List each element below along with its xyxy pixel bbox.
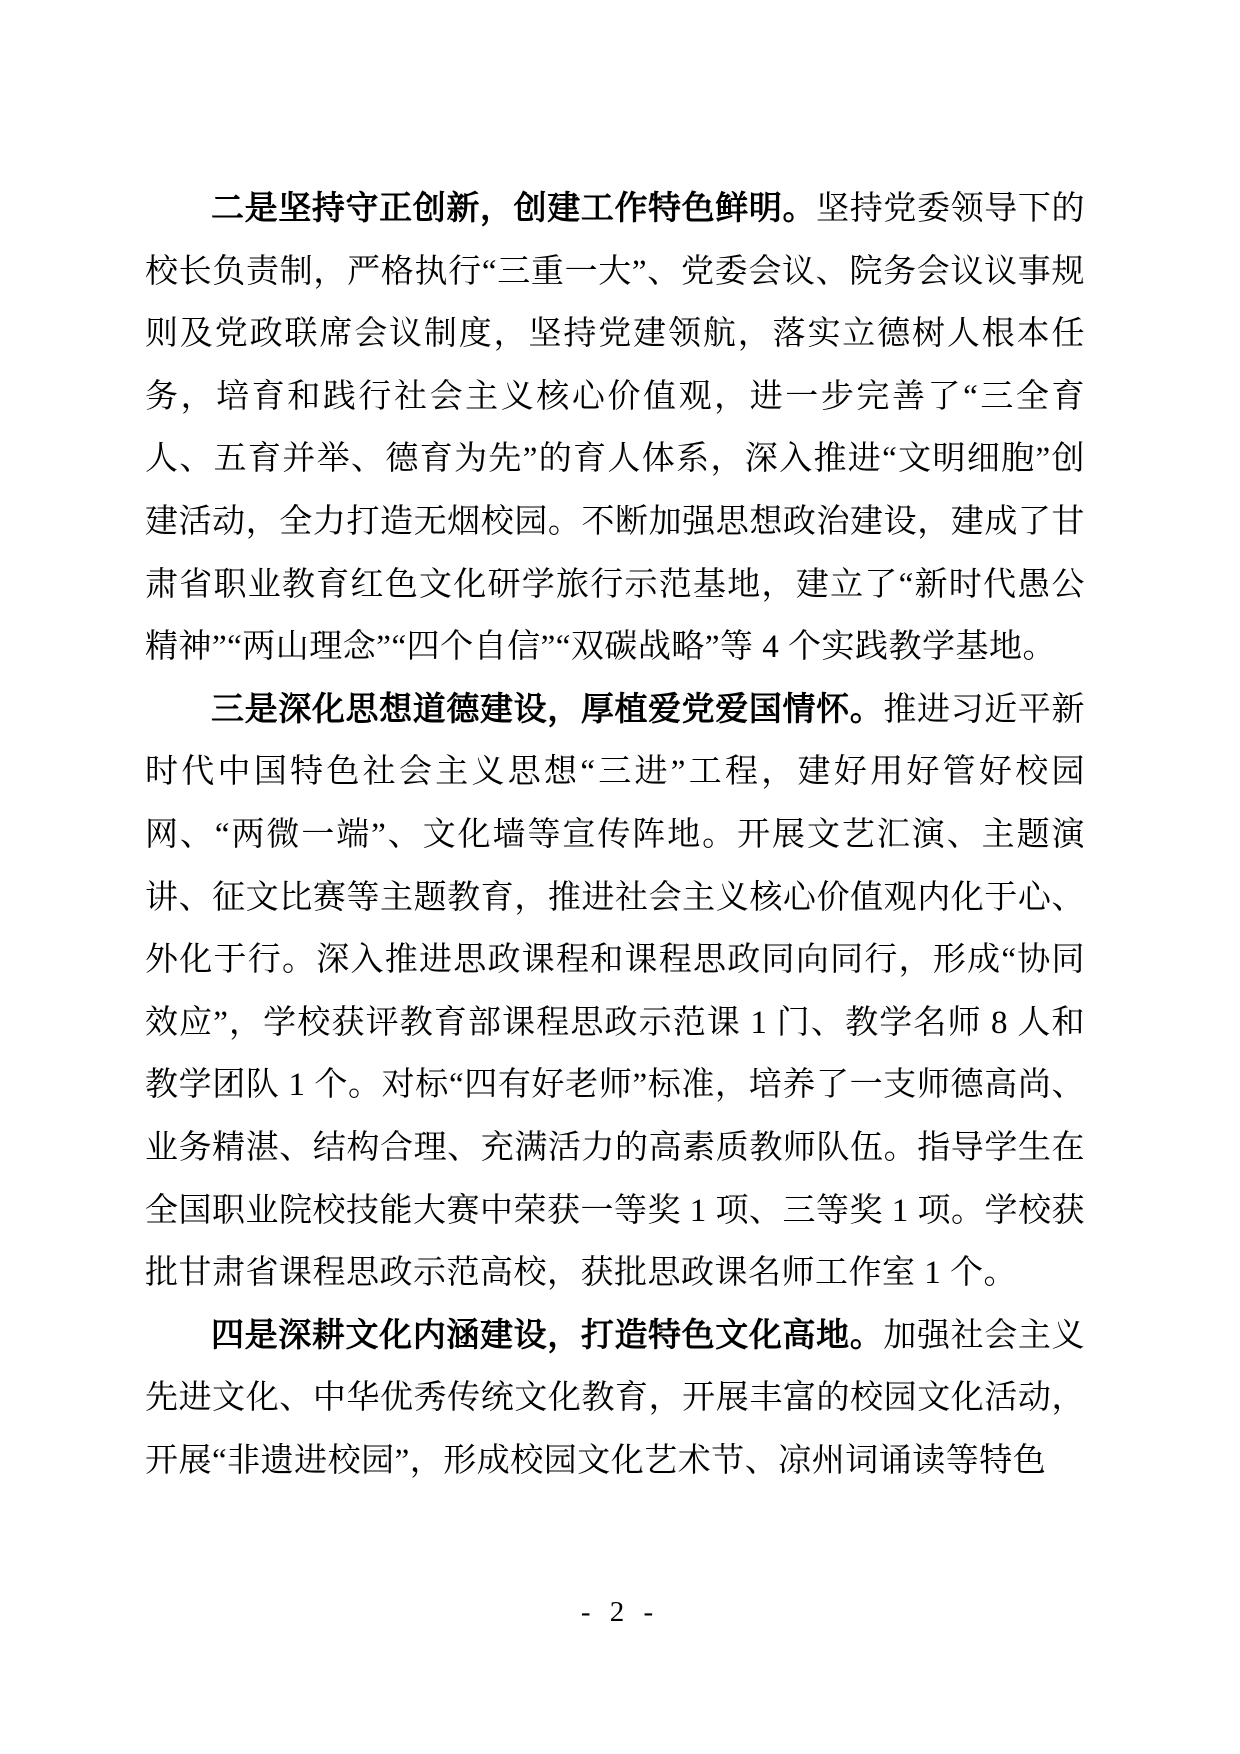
paragraph: 三是深化思想道德建设，厚植爱党爱国情怀。推进习近平新时代中国特色社会主义思想“三… [145, 679, 1085, 1305]
page-number: - 2 - [0, 1596, 1240, 1629]
paragraph-text: 坚持党委领导下的校长负责制，严格执行“三重一大”、党委会议、院务会议议事规则及党… [145, 191, 1085, 665]
paragraph: 二是坚持守正创新，创建工作特色鲜明。坚持党委领导下的校长负责制，严格执行“三重一… [145, 178, 1085, 679]
paragraph-lead: 二是坚持守正创新，创建工作特色鲜明。 [211, 191, 816, 227]
paragraph-text: 推进习近平新时代中国特色社会主义思想“三进”工程，建好用好管好校园网、“两微一端… [145, 692, 1085, 1291]
document-body: 二是坚持守正创新，创建工作特色鲜明。坚持党委领导下的校长负责制，严格执行“三重一… [145, 178, 1085, 1492]
paragraph: 四是深耕文化内涵建设，打造特色文化高地。加强社会主义先进文化、中华优秀传统文化教… [145, 1305, 1085, 1493]
paragraph-lead: 四是深耕文化内涵建设，打造特色文化高地。 [211, 1318, 883, 1354]
paragraph-lead: 三是深化思想道德建设，厚植爱党爱国情怀。 [211, 692, 883, 728]
document-page: 二是坚持守正创新，创建工作特色鲜明。坚持党委领导下的校长负责制，严格执行“三重一… [0, 0, 1240, 1754]
